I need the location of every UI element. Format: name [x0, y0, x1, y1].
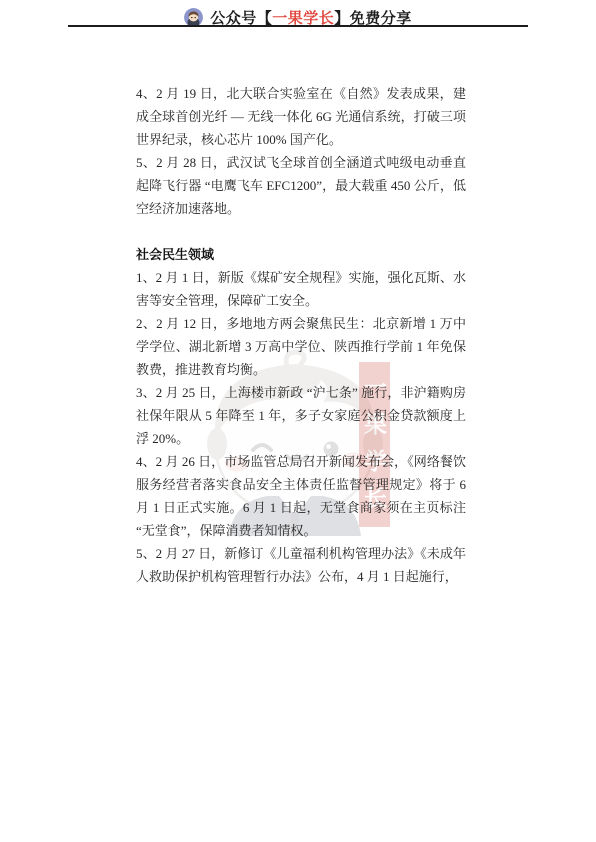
brand-avatar-icon [184, 8, 203, 27]
news-item: 4、2 月 26 日，市场监管总局召开新闻发布会，《网络餐饮服务经营者落实食品安… [136, 450, 466, 542]
page-header: 公众号【一果学长】免费分享 [0, 7, 596, 27]
section-title: 社会民生领域 [136, 243, 466, 266]
news-item: 4、2 月 19 日，北大联合实验室在《自然》发表成果，建成全球首创光纤 — 无… [136, 82, 466, 151]
header-suffix: 】免费分享 [334, 10, 412, 27]
document-page: 公众号【一果学长】免费分享 一果 [0, 0, 596, 842]
header-brand-name: 一果学长 [272, 10, 334, 27]
document-body: 4、2 月 19 日，北大联合实验室在《自然》发表成果，建成全球首创光纤 — 无… [136, 82, 466, 588]
news-item: 3、2 月 25 日，上海楼市新政 “沪七条” 施行，非沪籍购房社保年限从 5 … [136, 381, 466, 450]
news-item: 5、2 月 27 日，新修订《儿童福利机构管理办法》《未成年人救助保护机构管理暂… [136, 542, 466, 588]
news-item: 2、2 月 12 日，多地地方两会聚焦民生：北京新增 1 万中学学位、湖北新增 … [136, 312, 466, 381]
header-divider [68, 25, 528, 27]
news-item: 1、2 月 1 日，新版《煤矿安全规程》实施，强化瓦斯、水害等安全管理，保障矿工… [136, 266, 466, 312]
header-prefix: 公众号【 [210, 10, 272, 27]
news-item: 5、2 月 28 日，武汉试飞全球首创全涵道式吨级电动垂直起降飞行器 “电鹰飞车… [136, 151, 466, 220]
